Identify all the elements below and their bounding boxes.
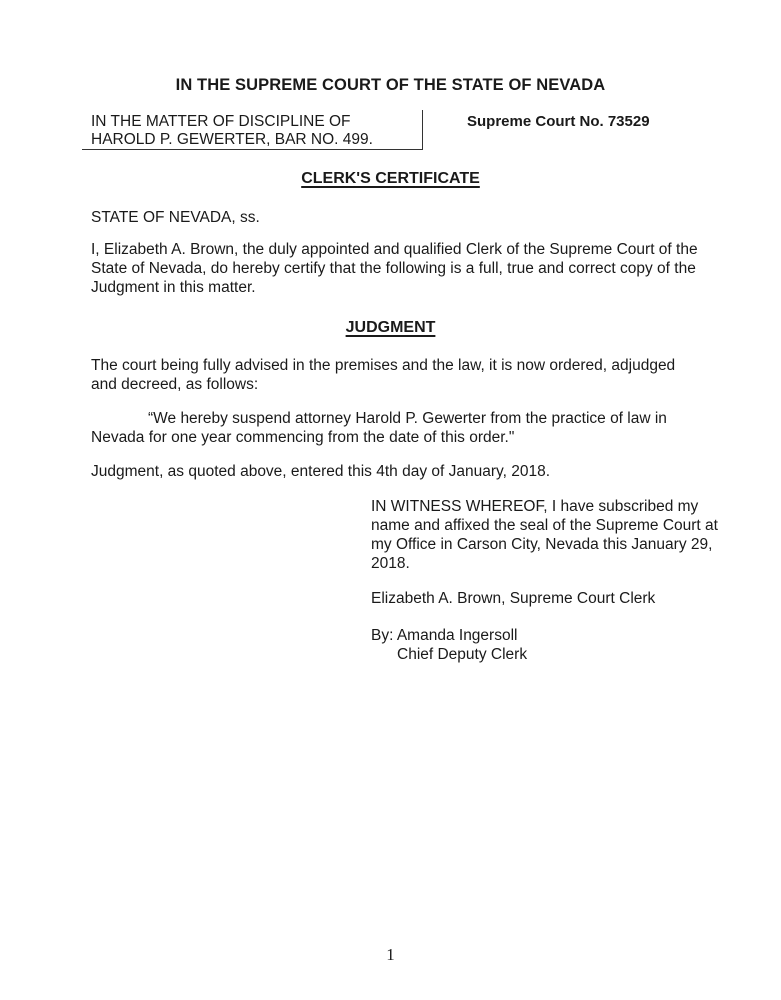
- deputy-title: Chief Deputy Clerk: [371, 645, 757, 664]
- case-number: Supreme Court No. 73529: [467, 113, 650, 130]
- advised-paragraph: The court being fully advised in the pre…: [91, 356, 701, 394]
- clerk-certificate-heading-text: CLERK'S CERTIFICATE: [301, 170, 480, 187]
- clerk-signature-line: Elizabeth A. Brown, Supreme Court Clerk: [371, 589, 731, 608]
- judgment-quote: “We hereby suspend attorney Harold P. Ge…: [91, 409, 701, 447]
- judgment-heading-text: JUDGMENT: [346, 319, 436, 336]
- entered-paragraph: Judgment, as quoted above, entered this …: [91, 462, 701, 481]
- judgment-heading: JUDGMENT: [0, 319, 781, 337]
- deputy-signature-line: By: Amanda Ingersoll: [371, 626, 731, 645]
- page-number: 1: [0, 945, 781, 965]
- caption-line-matter: IN THE MATTER OF DISCIPLINE OF: [91, 113, 351, 131]
- case-caption: IN THE MATTER OF DISCIPLINE OF HAROLD P.…: [82, 110, 423, 150]
- caption-line-respondent: HAROLD P. GEWERTER, BAR NO. 499.: [91, 131, 373, 149]
- court-title: IN THE SUPREME COURT OF THE STATE OF NEV…: [0, 76, 781, 95]
- document-page: IN THE SUPREME COURT OF THE STATE OF NEV…: [0, 0, 781, 1000]
- clerk-certificate-heading: CLERK'S CERTIFICATE: [0, 170, 781, 188]
- certification-paragraph: I, Elizabeth A. Brown, the duly appointe…: [91, 240, 701, 297]
- venue-line: STATE OF NEVADA, ss.: [91, 208, 701, 227]
- witness-paragraph: IN WITNESS WHEREOF, I have subscribed my…: [371, 497, 731, 573]
